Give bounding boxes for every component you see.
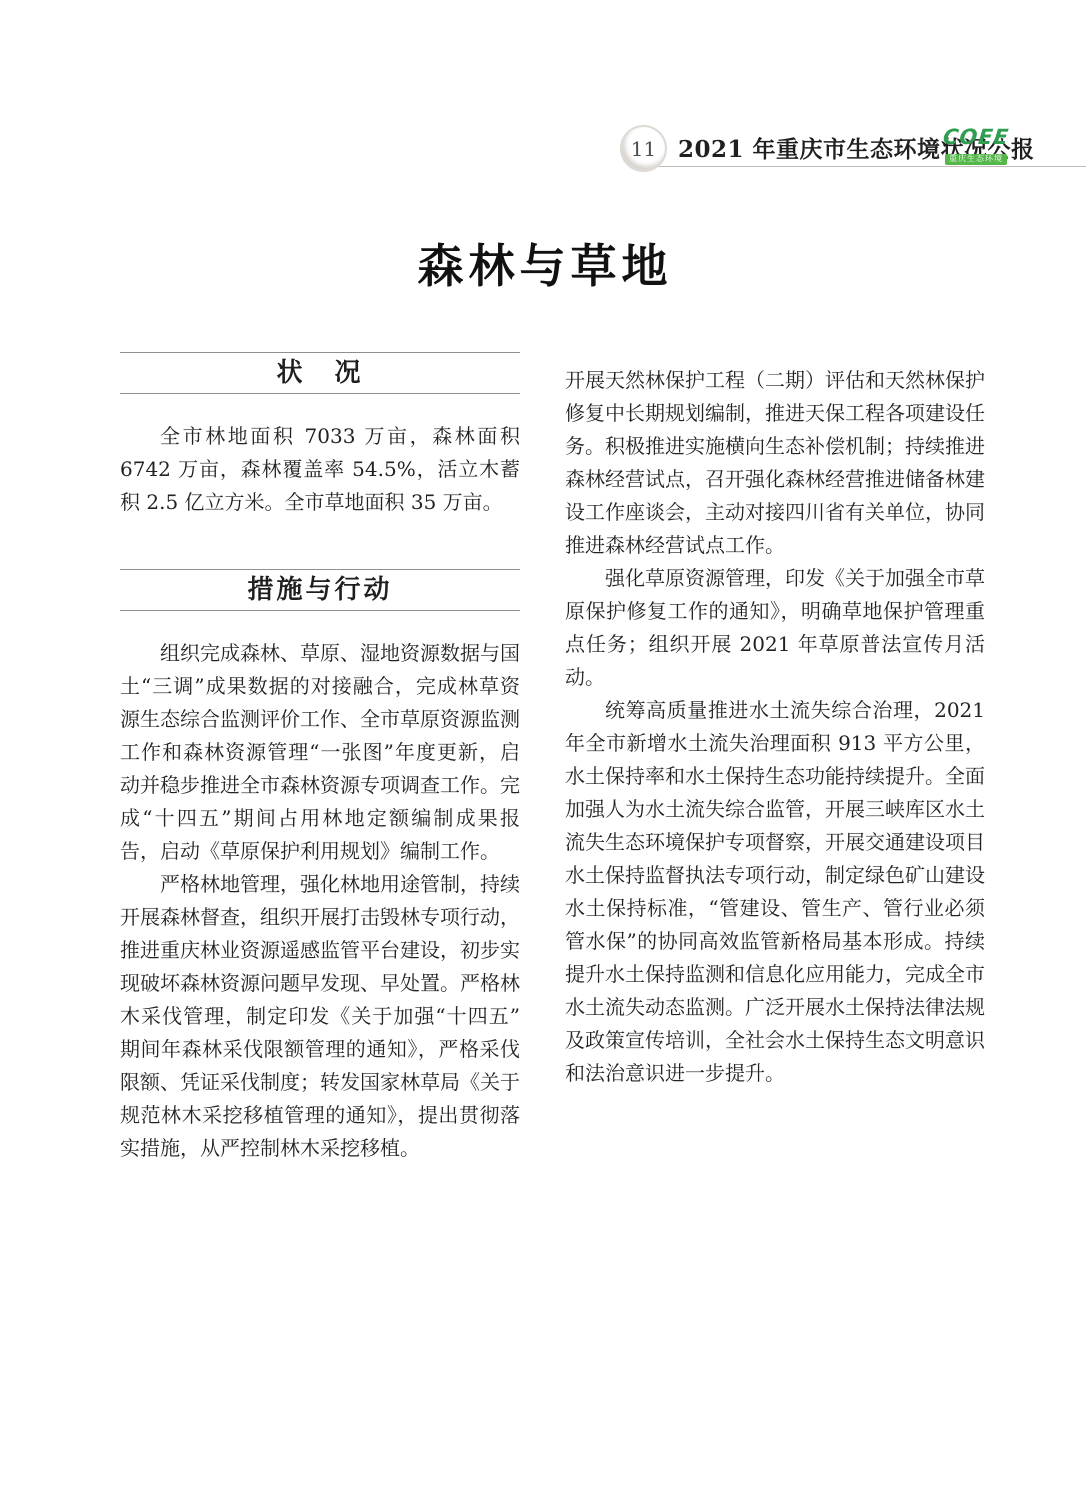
logo-wordmark: COEE [939, 127, 1013, 148]
paragraph-measures-2: 严格林地管理，强化林地用途管制，持续开展森林督查，组织开展打击毁林专项行动，推进… [120, 868, 520, 1165]
section-heading-measures: 措施与行动 [120, 569, 520, 611]
logo-subtitle: 重庆生态环境 [945, 154, 1007, 165]
section-heading-status: 状 况 [120, 352, 520, 394]
paragraph-status: 全市林地面积 7033 万亩，森林面积 6742 万亩，森林覆盖率 54.5%，… [120, 420, 520, 519]
paragraph-measures-4: 强化草原资源管理，印发《关于加强全市草原保护修复工作的通知》，明确草地保护管理重… [565, 562, 985, 694]
page-number: 11 [631, 137, 656, 161]
publisher-logo: COEE 重庆生态环境 [940, 127, 1012, 165]
page-title: 森林与草地 [0, 230, 1090, 296]
left-column: 状 况 全市林地面积 7033 万亩，森林面积 6742 万亩，森林覆盖率 54… [120, 352, 520, 1165]
right-column: 开展天然林保护工程（二期）评估和天然林保护修复中长期规划编制，推进天保工程各项建… [565, 352, 985, 1090]
paragraph-measures-3-continued: 开展天然林保护工程（二期）评估和天然林保护修复中长期规划编制，推进天保工程各项建… [565, 364, 985, 562]
report-page: 11 2021 年重庆市生态环境状况公报 COEE 重庆生态环境 森林与草地 状… [0, 0, 1090, 1489]
page-number-badge: 11 [620, 125, 667, 172]
paragraph-measures-1: 组织完成森林、草原、湿地资源数据与国土“三调”成果数据的对接融合，完成林草资源生… [120, 637, 520, 868]
paragraph-measures-5: 统筹高质量推进水土流失综合治理，2021 年全市新增水土流失治理面积 913 平… [565, 694, 985, 1090]
header-rule [642, 166, 1086, 167]
